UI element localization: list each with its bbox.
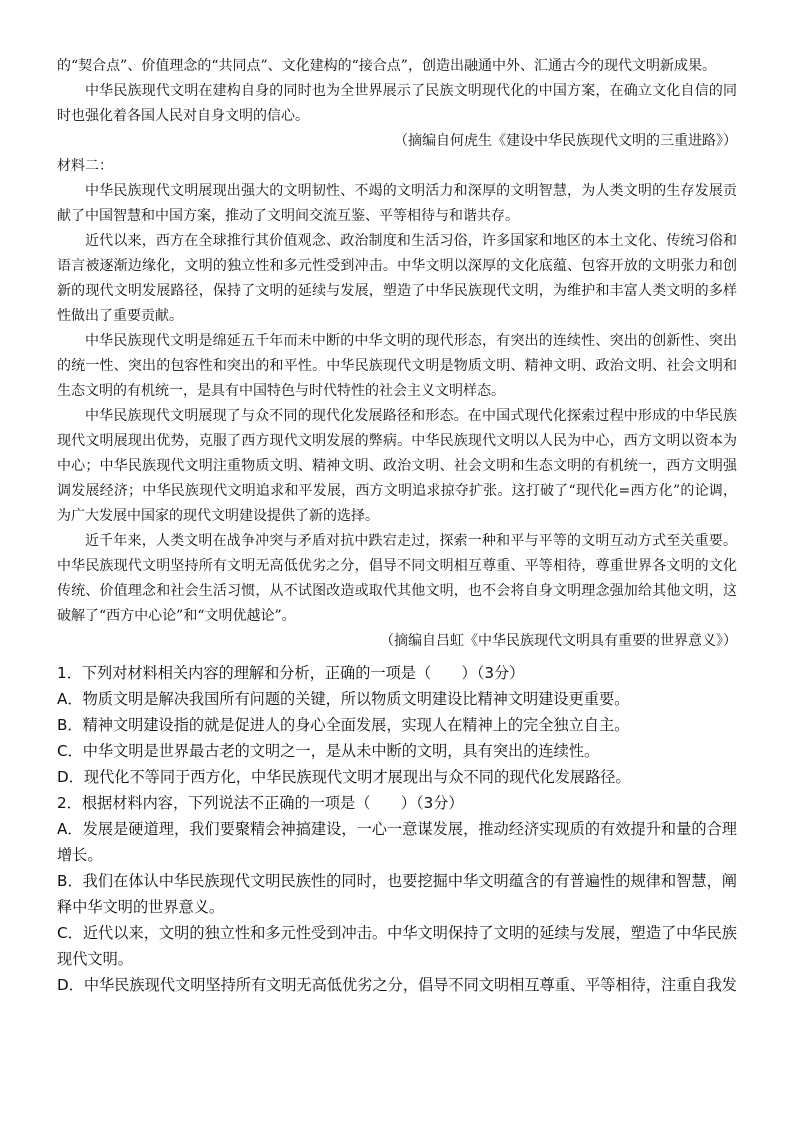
material1-continuation-paragraph: 的“契合点”、价值理念的“共同点”、文化建构的“接合点”，创造出融通中外、汇通古… [57,54,737,79]
question-2-option-a: A．发展是硬道理，我们要聚精会神搞建设，一心一意谋发展，推动经济实现质的有效提升… [57,816,737,868]
question-2-option-b: B．我们在体认中华民族现代文明民族性的同时，也要挖掘中华文明蕴含的有普遍性的规律… [57,868,737,920]
material2-paragraph-5: 近千年来，人类文明在战争冲突与矛盾对抗中跌宕走过，探索一种和平与平等的文明互动方… [57,529,737,629]
question-1-stem: 1．下列对材料相关内容的理解和分析，正确的一项是（ ）（3分） [57,660,737,686]
question-1-option-d: D．现代化不等同于西方化，中华民族现代文明才展现出与众不同的现代化发展路径。 [57,764,737,790]
material1-paragraph: 中华民族现代文明在建构自身的同时也为全世界展示了民族文明现代化的中国方案，在确立… [57,79,737,129]
question-1-option-a: A．物质文明是解决我国所有问题的关键，所以物质文明建设比精神文明建设更重要。 [57,686,737,712]
reading-materials-section: 的“契合点”、价值理念的“共同点”、文化建构的“接合点”，创造出融通中外、汇通古… [57,54,737,654]
question-1-option-c: C．中华文明是世界最古老的文明之一，是从未中断的文明，具有突出的连续性。 [57,738,737,764]
material2-paragraph-1: 中华民族现代文明展现出强大的文明韧性、不竭的文明活力和深厚的文明智慧，为人类文明… [57,179,737,229]
material2-paragraph-4: 中华民族现代文明展现了与众不同的现代化发展路径和形态。在中国式现代化探索过程中形… [57,404,737,529]
material2-paragraph-2: 近代以来，西方在全球推行其价值观念、政治制度和生活习俗，许多国家和地区的本土文化… [57,229,737,329]
material2-attribution: （摘编自吕虹《中华民族现代文明具有重要的世界意义》） [57,629,737,654]
material2-paragraph-3: 中华民族现代文明是绵延五千年而未中断的中华文明的现代形态，有突出的连续性、突出的… [57,329,737,404]
question-2-option-c: C．近代以来，文明的独立性和多元性受到冲击。中华文明保持了文明的延续与发展，塑造… [57,920,737,972]
material2-heading: 材料二： [57,154,737,179]
material1-attribution: （摘编自何虎生《建设中华民族现代文明的三重进路》） [57,129,737,154]
questions-section: 1．下列对材料相关内容的理解和分析，正确的一项是（ ）（3分） A．物质文明是解… [57,660,737,998]
question-2-option-d: D．中华民族现代文明坚持所有文明无高低优劣之分，倡导不同文明相互尊重、平等相待，… [57,972,737,998]
exam-page: 的“契合点”、价值理念的“共同点”、文化建构的“接合点”，创造出融通中外、汇通古… [0,0,794,1123]
question-1-option-b: B．精神文明建设指的就是促进人的身心全面发展，实现人在精神上的完全独立自主。 [57,712,737,738]
question-2-stem: 2．根据材料内容，下列说法不正确的一项是（ ）（3分） [57,790,737,816]
